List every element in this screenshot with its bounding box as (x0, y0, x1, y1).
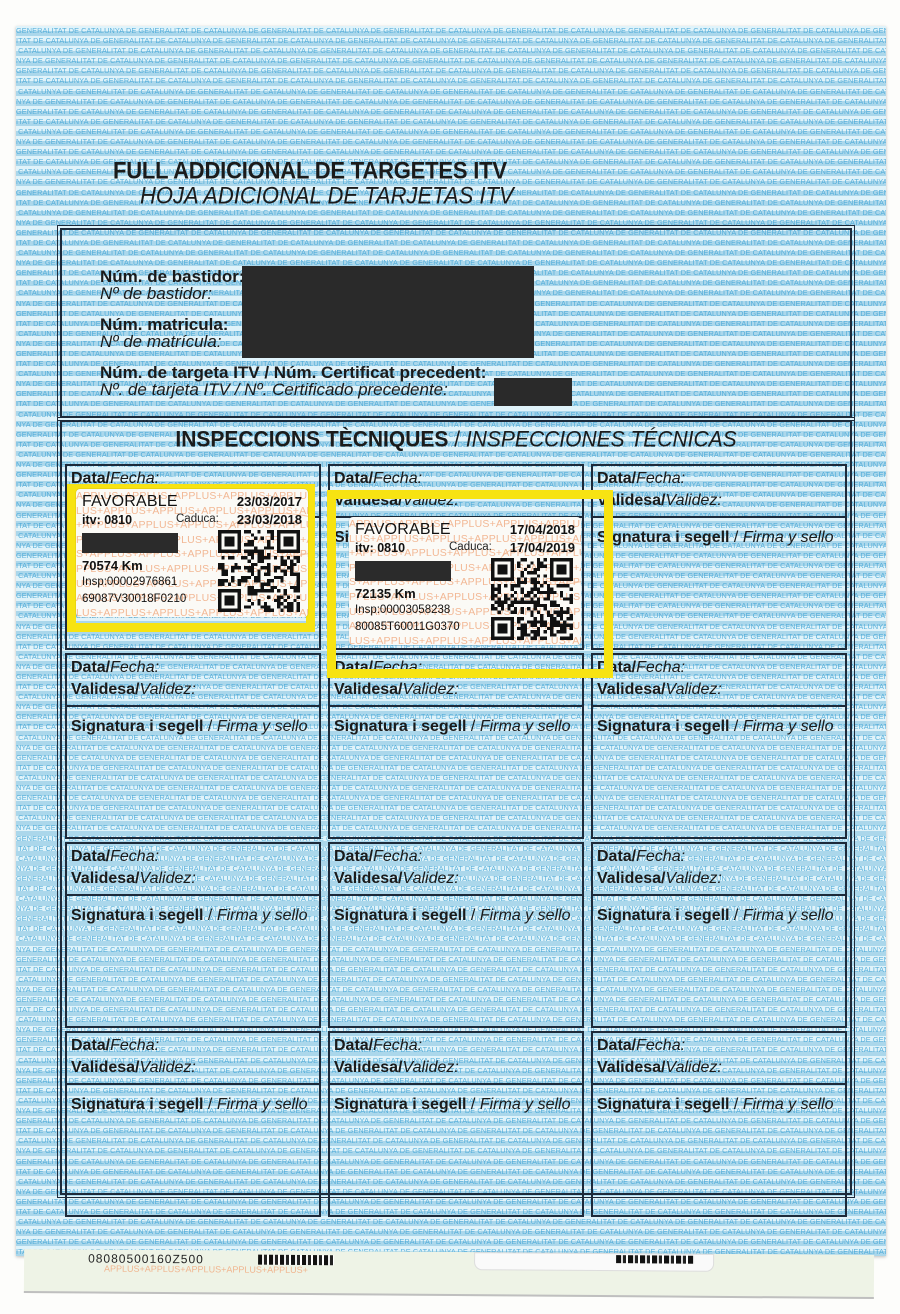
plate-label-ca: Núm. matricula: (100, 316, 228, 333)
date-label: Data/Fecha: (597, 849, 685, 865)
signature-label: Signatura i segell / Firma y sello (597, 1097, 834, 1113)
date-label: Data/Fecha: (71, 849, 159, 865)
inspection-cell: Data/Fecha:Validesa/Validez:Signatura i … (591, 1031, 847, 1217)
qr-code-icon (489, 558, 575, 640)
inspection-cell: Data/Fecha:Validesa/Validez:Signatura i … (591, 464, 847, 650)
stub-watermark: APPLUS+APPLUS+APPLUS+APPLUS+APPLUS+ (104, 1264, 308, 1275)
date-label: Data/Fecha: (334, 1038, 422, 1054)
plate-label-es: Nº de matrícula: (100, 333, 228, 350)
inspections-title: INSPECCIONS TÈCNIQUES / INSPECCIONES TÉC… (62, 427, 850, 452)
validity-label: Validesa/Validez: (71, 871, 196, 887)
date-label: Data/Fecha: (71, 1038, 159, 1054)
validity-label: Validesa/Validez: (597, 1060, 722, 1076)
sticker-itv-station: itv: 0810 (82, 513, 132, 527)
sticker-mileage: 72135 Km (355, 586, 416, 601)
inspection-sticker-2: APPLUS+APPLUS+APPLUS+APPLUS+APPLUS+APPLU… (349, 517, 581, 645)
date-label: Data/Fecha: (597, 471, 685, 487)
signature-label: Signatura i segell / Firma y sello (71, 719, 308, 735)
card-label-es: Nº. de tarjeta ITV / Nº. Certificado pre… (100, 381, 486, 398)
card-label-ca: Núm. de targeta ITV / Núm. Certificat pr… (100, 364, 486, 381)
qr-code-icon (216, 530, 302, 612)
signature-label: Signatura i segell / Firma y sello (334, 908, 571, 924)
inspection-cell: Data/Fecha:Validesa/Validez:Signatura i … (591, 842, 847, 1028)
inspections-title-sep: / (448, 427, 466, 451)
inspection-cell: Data/Fecha:Validesa/Validez:Signatura i … (65, 653, 321, 839)
sticker-inspection-number: Insp:00002976861 (82, 576, 177, 588)
sticker-expiry-date: 23/03/2018 (237, 512, 302, 527)
sticker-inspection-number: Insp:00003058238 (355, 604, 450, 616)
stub-barcode (258, 1255, 334, 1266)
inspection-sticker-1: APPLUS+APPLUS+APPLUS+APPLUS+APPLUS+APPLU… (76, 489, 308, 617)
plate-field: Núm. matricula: Nº de matrícula: (100, 316, 228, 350)
signature-label: Signatura i segell / Firma y sello (334, 1097, 571, 1113)
title-catalan: FULL ADDICIONAL DE TARGETES ITV (113, 157, 507, 185)
signature-label: Signatura i segell / Firma y sello (71, 908, 308, 924)
signature-label: Signatura i segell / Firma y sello (597, 908, 834, 924)
signature-label: Signatura i segell / Firma y sello (71, 1097, 308, 1113)
sticker-date: 17/04/2018 (510, 522, 575, 537)
previous-card-stub: 08080500160Z500 APPLUS+APPLUS+APPLUS+APP… (24, 1249, 874, 1299)
validity-label: Validesa/Validez: (597, 682, 722, 698)
sticker-code: 80085T60011G0370 (355, 621, 460, 633)
inspection-cell: Data/Fecha:Validesa/Validez:Signatura i … (328, 842, 584, 1028)
sticker-code: 69087V30018F0210 (82, 593, 186, 605)
validity-label: Validesa/Validez: (597, 871, 722, 887)
card-number-redaction (494, 378, 572, 406)
validity-label: Validesa/Validez: (334, 871, 459, 887)
inspection-cell: Data/Fecha:Validesa/Validez:Signatura i … (65, 1031, 321, 1217)
inspection-cell: Data/Fecha:Validesa/Validez:Signatura i … (591, 653, 847, 839)
signature-label: Signatura i segell / Firma y sello (334, 719, 571, 735)
date-label: Data/Fecha: (71, 660, 159, 676)
sticker-expires-label: Caduca: (449, 541, 492, 553)
sticker-expiry-date: 17/04/2019 (510, 540, 575, 555)
chassis-label-es: Nº de bastidor: (100, 285, 245, 302)
inspection-cell: Data/Fecha:Validesa/Validez:Signatura i … (328, 653, 584, 839)
vehicle-info-box: Núm. de bastidor: Nº de bastidor: Núm. m… (60, 228, 852, 418)
card-field: Núm. de targeta ITV / Núm. Certificat pr… (100, 364, 486, 398)
sticker-result: FAVORABLE (82, 493, 178, 511)
sticker-date: 23/03/2017 (237, 494, 302, 509)
chassis-field: Núm. de bastidor: Nº de bastidor: (100, 268, 245, 302)
date-label: Data/Fecha: (334, 471, 422, 487)
sticker-result: FAVORABLE (355, 521, 451, 539)
signature-label: Signatura i segell / Firma y sello (597, 719, 834, 735)
date-label: Data/Fecha: (597, 1038, 685, 1054)
signature-label: Signatura i segell / Firma y sello (597, 530, 834, 546)
sticker-redaction (82, 533, 178, 553)
validity-label: Validesa/Validez: (334, 1060, 459, 1076)
inspection-cell: Data/Fecha:Validesa/Validez:Signatura i … (328, 1031, 584, 1217)
stub-barcode-2 (616, 1255, 694, 1264)
validity-label: Validesa/Validez: (71, 1060, 196, 1076)
chassis-plate-redaction (242, 266, 534, 358)
inspections-title-es: INSPECCIONES TÉCNICAS (466, 427, 737, 451)
date-label: Data/Fecha: (334, 849, 422, 865)
validity-label: Validesa/Validez: (597, 493, 722, 509)
title-spanish: HOJA ADICIONAL DE TARJETAS ITV (140, 182, 514, 210)
sticker-mileage: 70574 Km (82, 558, 143, 573)
validity-label: Validesa/Validez: (71, 682, 196, 698)
inspections-title-ca: INSPECCIONS TÈCNIQUES (175, 427, 448, 451)
sticker-itv-station: itv: 0810 (355, 541, 405, 555)
inspection-cell: Data/Fecha:Validesa/Validez:Signatura i … (65, 842, 321, 1028)
sticker-expires-label: Caduca: (176, 513, 219, 525)
sticker-redaction (355, 561, 451, 581)
chassis-label-ca: Núm. de bastidor: (100, 268, 245, 285)
validity-label: Validesa/Validez: (334, 682, 459, 698)
